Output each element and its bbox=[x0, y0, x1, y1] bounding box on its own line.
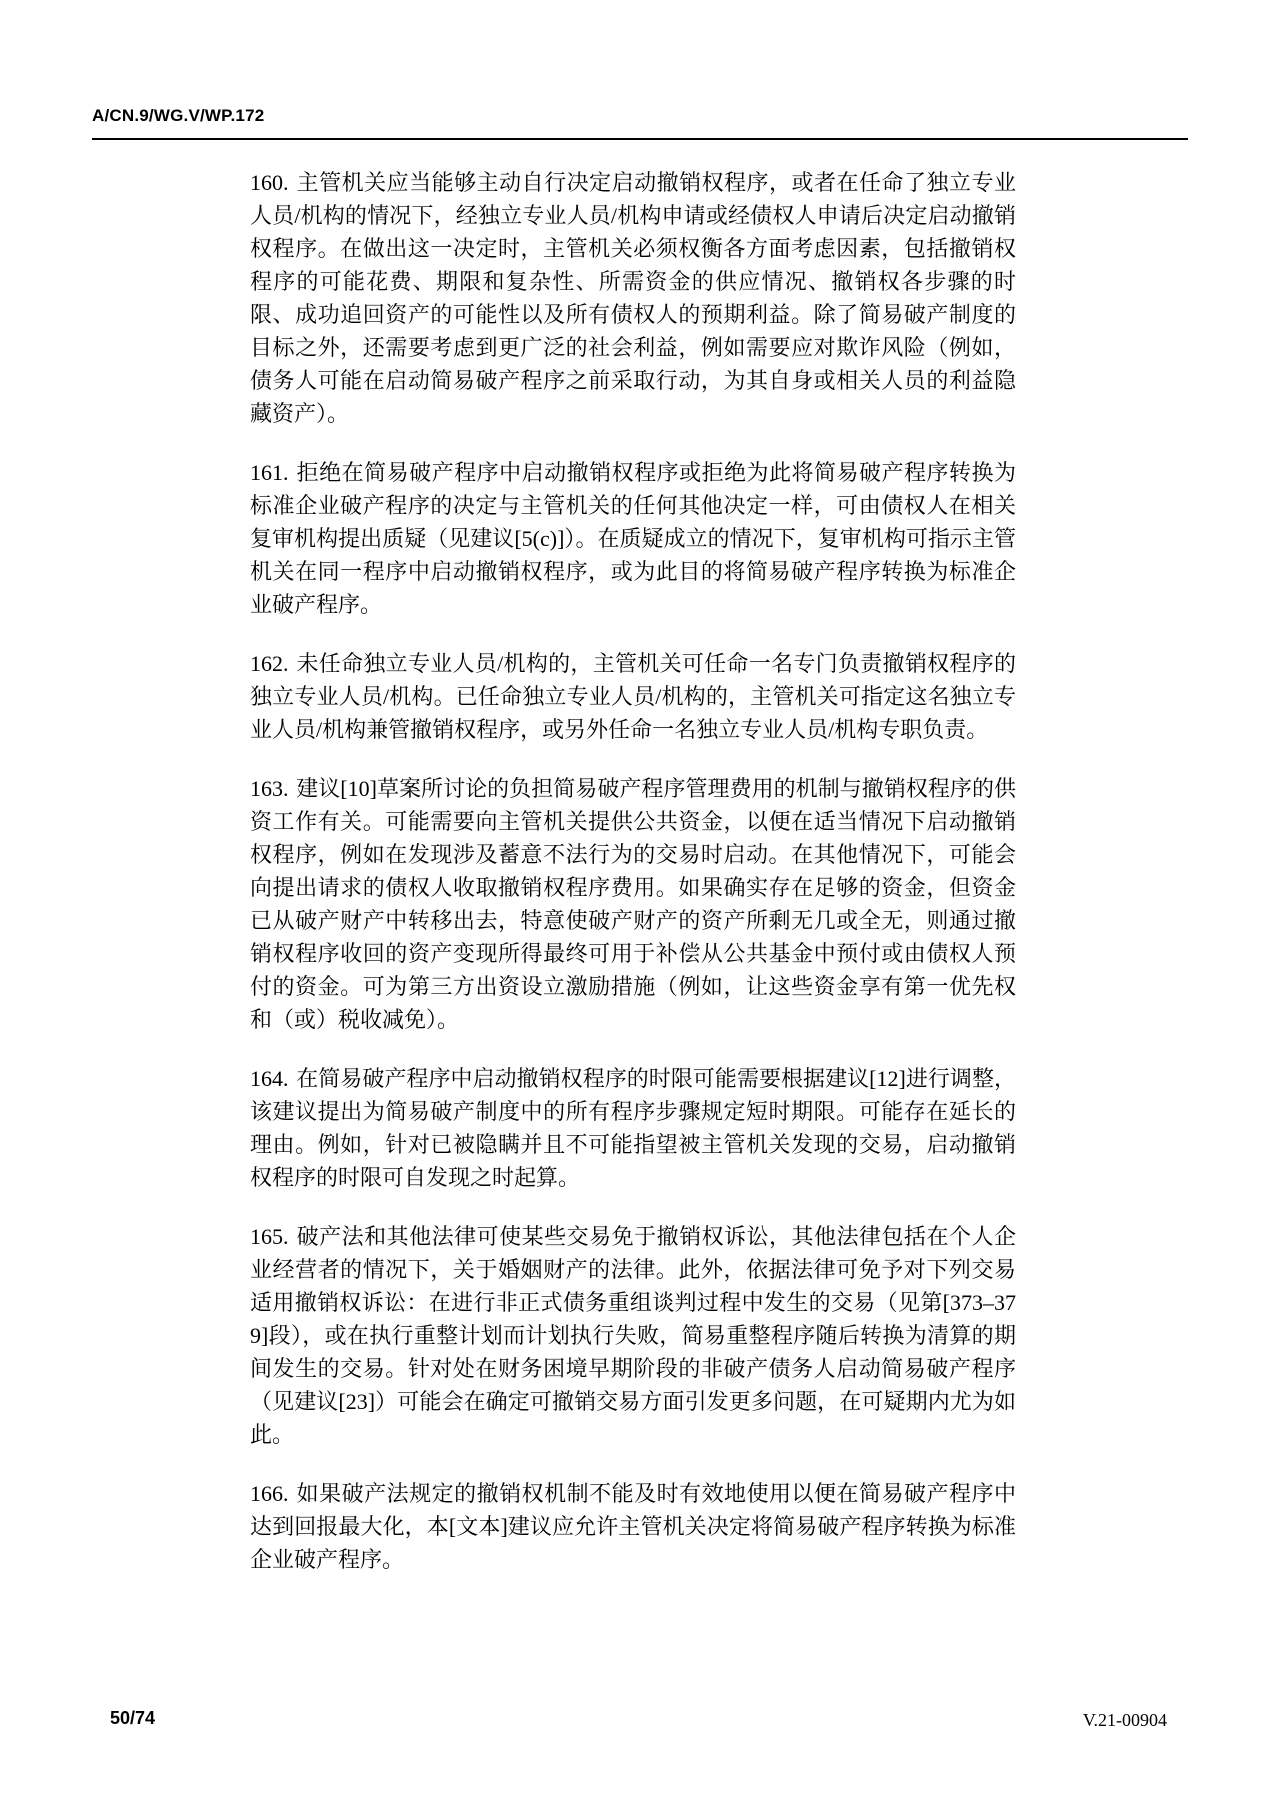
document-paragraph: 166.如果破产法规定的撤销权机制不能及时有效地使用以便在简易破产程序中达到回报… bbox=[250, 1477, 1016, 1576]
document-paragraph: 160.主管机关应当能够主动自行决定启动撤销权程序，或者在任命了独立专业人员/机… bbox=[250, 166, 1016, 430]
paragraph-number: 164. bbox=[250, 1066, 289, 1091]
document-body: 160.主管机关应当能够主动自行决定启动撤销权程序，或者在任命了独立专业人员/机… bbox=[250, 166, 1016, 1576]
paragraph-number: 166. bbox=[250, 1481, 289, 1506]
document-symbol: A/CN.9/WG.V/WP.172 bbox=[92, 106, 264, 126]
document-paragraph: 164.在简易破产程序中启动撤销权程序的时限可能需要根据建议[12]进行调整，该… bbox=[250, 1062, 1016, 1194]
document-paragraph: 162.未任命独立专业人员/机构的，主管机关可任命一名专门负责撤销权程序的独立专… bbox=[250, 647, 1016, 746]
paragraph-text: 破产法和其他法律可使某些交易免于撤销权诉讼，其他法律包括在个人企业经营者的情况下… bbox=[250, 1224, 1016, 1447]
paragraph-number: 161. bbox=[250, 460, 289, 485]
document-paragraph: 165.破产法和其他法律可使某些交易免于撤销权诉讼，其他法律包括在个人企业经营者… bbox=[250, 1220, 1016, 1451]
paragraph-text: 在简易破产程序中启动撤销权程序的时限可能需要根据建议[12]进行调整，该建议提出… bbox=[250, 1066, 1016, 1190]
document-paragraph: 163.建议[10]草案所讨论的负担简易破产程序管理费用的机制与撤销权程序的供资… bbox=[250, 772, 1016, 1036]
paragraph-number: 165. bbox=[250, 1224, 289, 1249]
document-page: A/CN.9/WG.V/WP.172 160.主管机关应当能够主动自行决定启动撤… bbox=[0, 0, 1280, 1809]
page-number: 50/74 bbox=[110, 1708, 155, 1729]
paragraph-text: 未任命独立专业人员/机构的，主管机关可任命一名专门负责撤销权程序的独立专业人员/… bbox=[250, 651, 1016, 742]
paragraph-number: 160. bbox=[250, 170, 289, 195]
paragraph-number: 163. bbox=[250, 776, 289, 801]
header-divider bbox=[92, 138, 1188, 140]
paragraph-number: 162. bbox=[250, 651, 289, 676]
document-paragraph: 161.拒绝在简易破产程序中启动撤销权程序或拒绝为此将简易破产程序转换为标准企业… bbox=[250, 456, 1016, 621]
paragraph-text: 如果破产法规定的撤销权机制不能及时有效地使用以便在简易破产程序中达到回报最大化，… bbox=[250, 1481, 1016, 1572]
paragraph-text: 主管机关应当能够主动自行决定启动撤销权程序，或者在任命了独立专业人员/机构的情况… bbox=[250, 170, 1016, 426]
paragraph-text: 建议[10]草案所讨论的负担简易破产程序管理费用的机制与撤销权程序的供资工作有关… bbox=[250, 776, 1016, 1032]
document-id: V.21-00904 bbox=[1083, 1710, 1167, 1731]
paragraph-text: 拒绝在简易破产程序中启动撤销权程序或拒绝为此将简易破产程序转换为标准企业破产程序… bbox=[250, 460, 1016, 617]
